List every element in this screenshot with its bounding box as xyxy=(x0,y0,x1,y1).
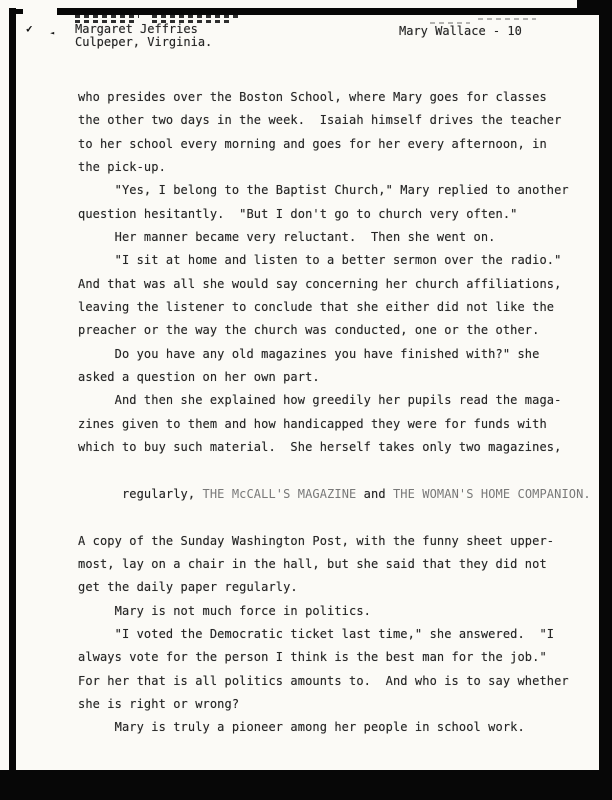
cutoff-text-remnant xyxy=(75,15,139,18)
arrow-mark-icon: ◄ xyxy=(50,29,54,37)
running-head: Mary Wallace - 10 xyxy=(399,24,522,38)
checkmark-icon: ✔ xyxy=(25,22,33,36)
text-line: For her that is all politics amounts to.… xyxy=(78,670,583,693)
text-line: most, lay on a chair in the hall, but sh… xyxy=(78,553,583,576)
scan-edge-right xyxy=(599,0,612,800)
text-line: zines given to them and how handicapped … xyxy=(78,413,583,436)
text-line: which to buy such material. She herself … xyxy=(78,436,583,459)
text-line: preacher or the way the church was condu… xyxy=(78,319,583,342)
text-line: the other two days in the week. Isaiah h… xyxy=(78,109,583,132)
text-line: Mary is truly a pioneer among her people… xyxy=(78,716,583,739)
scan-edge-left xyxy=(9,8,16,800)
text-line: she is right or wrong? xyxy=(78,693,583,716)
text-line: always vote for the person I think is th… xyxy=(78,646,583,669)
text-line: asked a question on her own part. xyxy=(78,366,583,389)
text-line: A copy of the Sunday Washington Post, wi… xyxy=(78,530,583,553)
cutoff-text-remnant xyxy=(152,15,238,18)
text-line: question hesitantly. "But I don't go to … xyxy=(78,203,583,226)
magazine-title: THE WOMAN'S HOME COMPANION. xyxy=(393,487,591,501)
text-line: "I sit at home and listen to a better se… xyxy=(78,249,583,272)
text-line: get the daily paper regularly. xyxy=(78,576,583,599)
text-line: "I voted the Democratic ticket last time… xyxy=(78,623,583,646)
text-line: the pick-up. xyxy=(78,156,583,179)
scan-edge-top-band xyxy=(57,8,600,15)
text-line: Mary is not much force in politics. xyxy=(78,600,583,623)
magazine-title: THE McCALL'S MAGAZINE xyxy=(203,487,357,501)
author-block: Margaret Jeffries Culpeper, Virginia. xyxy=(75,23,212,49)
author-location: Culpeper, Virginia. xyxy=(75,36,212,49)
text-segment: and xyxy=(356,487,393,501)
text-line: who presides over the Boston School, whe… xyxy=(78,86,583,109)
scan-edge-bottom xyxy=(0,770,612,800)
text-line: leaving the listener to conclude that sh… xyxy=(78,296,583,319)
text-line: Do you have any old magazines you have f… xyxy=(78,343,583,366)
document-page: ✔ ◄ Margaret Jeffries Culpeper, Virginia… xyxy=(0,0,612,800)
body-text: who presides over the Boston School, whe… xyxy=(78,86,583,740)
text-line: to her school every morning and goes for… xyxy=(78,133,583,156)
text-line: Her manner became very reluctant. Then s… xyxy=(78,226,583,249)
text-line-magazines: regularly, THE McCALL'S MAGAZINE and THE… xyxy=(78,460,583,530)
text-line: And that was all she would say concernin… xyxy=(78,273,583,296)
text-line: "Yes, I belong to the Baptist Church," M… xyxy=(78,179,583,202)
text-line: And then she explained how greedily her … xyxy=(78,389,583,412)
text-segment: regularly, xyxy=(122,487,203,501)
cutoff-text-remnant xyxy=(478,18,536,20)
